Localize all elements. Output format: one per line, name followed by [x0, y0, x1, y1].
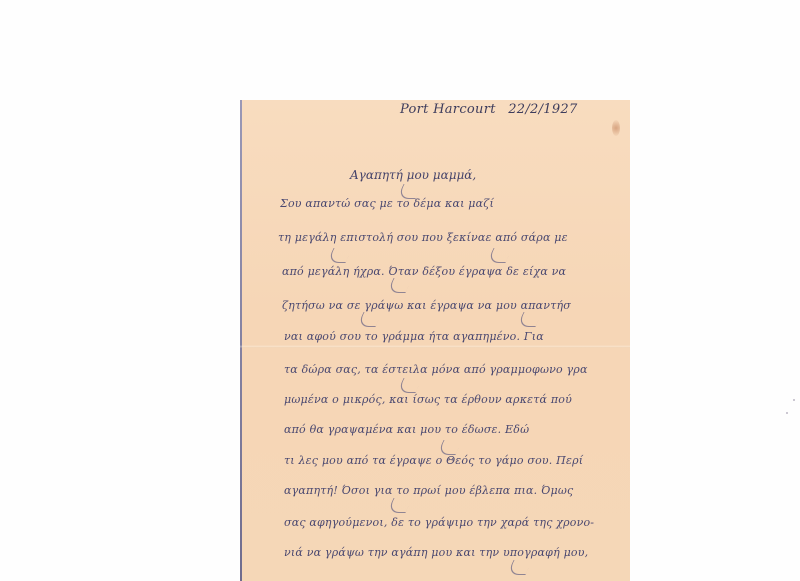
letter-line: αγαπητή! Όσοι για το πρωί μου έβλεπα πια…	[284, 484, 624, 502]
letter-body: Σου απαντώ σας με το δέμα και μαζί τη με…	[240, 100, 630, 581]
letter-page: Port Harcourt 22/2/1927 Αγαπητή μου μαμμ…	[240, 100, 630, 581]
pen-flourish	[487, 248, 513, 263]
scan-background: Port Harcourt 22/2/1927 Αγαπητή μου μαμμ…	[0, 0, 800, 581]
letter-line: από θα γραψαμένα και μου το έδωσε. Εδώ	[284, 423, 624, 441]
letter-line: τα δώρα σας, τα έστειλα μόνα από γραμμοφ…	[284, 363, 624, 381]
letter-line: Σου απαντώ σας με το δέμα και μαζί	[280, 197, 620, 215]
letter-line: σας αφηγούμενοι, δε το γράψιμο την χαρά …	[284, 516, 624, 534]
letter-line: τη μεγάλη επιστολή σου που ξεκίναε από σ…	[278, 231, 618, 249]
letter-line: ζητήσω να σε γράψω και έγραψα να μου απα…	[282, 299, 622, 317]
letter-line: ναι αφού σου το γράμμα ήτα αγαπημένο. Γι…	[284, 330, 624, 348]
letter-line: μωμένα ο μικρός, και ίσως τα έρθουν αρκε…	[284, 393, 624, 411]
pen-flourish	[327, 248, 353, 263]
scan-speck	[786, 412, 788, 414]
letter-line: τι λες μου από τα έγραψε ο Θεός το γάμο …	[284, 454, 624, 472]
letter-line: από μεγάλη ήχρα. Όταν δέξου έγραψα δε εί…	[282, 265, 622, 283]
letter-line: νιά να γράψω την αγάπη μου και την υπογρ…	[284, 546, 624, 564]
scan-speck	[793, 399, 795, 401]
pen-flourish	[437, 440, 463, 455]
